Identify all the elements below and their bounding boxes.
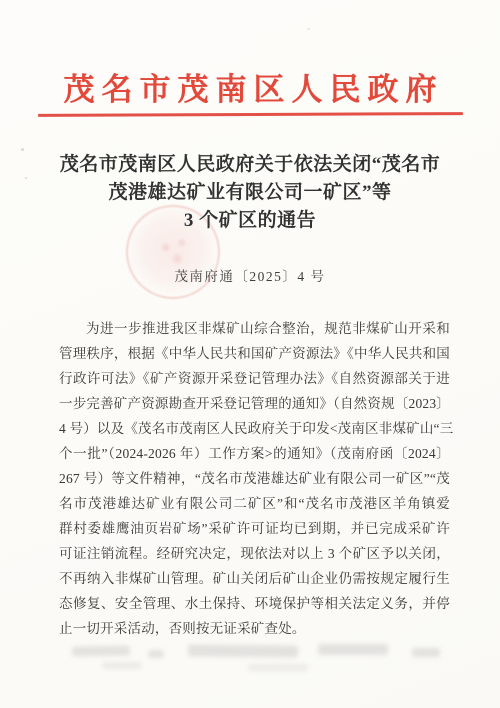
- masthead-red-rule: [38, 112, 463, 117]
- page-bleed-through: [412, 648, 440, 657]
- body-line: 个一批”（2024-2026 年）工作方案>的通知》（茂南府函〔2024〕: [59, 441, 450, 466]
- document-title: 茂名市茂南区人民政府关于依法关闭“茂名市 茂港雄达矿业有限公司一矿区”等 3 个…: [30, 151, 470, 235]
- body-line: 止一切开采活动，否则按无证采矿查处。: [59, 616, 450, 641]
- body-line: 行政许可法》《矿产资源开采登记管理办法》《自然资源部关于进: [59, 366, 450, 391]
- page-bleed-through: [318, 644, 388, 655]
- document-title-line: 茂名市茂南区人民政府关于依法关闭“茂名市: [30, 151, 470, 179]
- document-reference-number: 茂南府通〔2025〕4 号: [0, 265, 500, 285]
- body-line: 一步完善矿产资源勘查开采登记管理的通知》（自然资规〔2023〕: [59, 391, 450, 416]
- body-line: 可证注销流程。经研究决定，现依法对以上 3 个矿区予以关闭，: [59, 541, 450, 566]
- body-line: 态修复、安全管理、水土保持、环境保护等相关法定义务，并停: [59, 591, 450, 616]
- page-bleed-through: [248, 664, 308, 671]
- document-title-line: 茂港雄达矿业有限公司一矿区”等: [30, 179, 470, 207]
- document-title-line: 3 个矿区的通告: [30, 207, 470, 235]
- body-line: 管理秩序，根据《中华人民共和国矿产资源法》《中华人民共和国: [59, 341, 450, 366]
- body-line: 名市茂港雄达矿业有限公司二矿区”和“茂名市茂港区羊角镇爱: [59, 491, 450, 516]
- page-bleed-through: [188, 644, 298, 657]
- scan-speck: [25, 177, 27, 179]
- body-line: 不再纳入非煤矿山管理。矿山关闭后矿山企业仍需按规定履行生: [59, 566, 450, 591]
- notice-body-paragraph: 为进一步推进我区非煤矿山综合整治，规范非煤矿山开采和 管理秩序，根据《中华人民共…: [59, 316, 450, 641]
- government-masthead: 茂名市茂南区人民政府: [0, 64, 500, 109]
- page-bleed-through: [148, 650, 164, 658]
- body-line: 4 号）以及《茂名市茂南区人民政府关于印发<茂南区非煤矿山“三: [59, 416, 450, 441]
- body-line: 群村委雄鹰油页岩矿场”采矿许可证均已到期，并已完成采矿许: [59, 516, 450, 541]
- page-bleed-through: [102, 662, 142, 669]
- scan-speck: [307, 28, 310, 30]
- scanned-document-page: 茂名市茂南区人民政府 茂名市茂南区人民政府关于依法关闭“茂名市 茂港雄达矿业有限…: [0, 0, 500, 708]
- scan-speck: [21, 148, 24, 151]
- page-bleed-through: [72, 645, 130, 656]
- body-line: 为进一步推进我区非煤矿山综合整治，规范非煤矿山开采和: [59, 316, 450, 341]
- body-line: 267 号）等文件精神，“茂名市茂港雄达矿业有限公司一矿区”“茂: [59, 466, 450, 491]
